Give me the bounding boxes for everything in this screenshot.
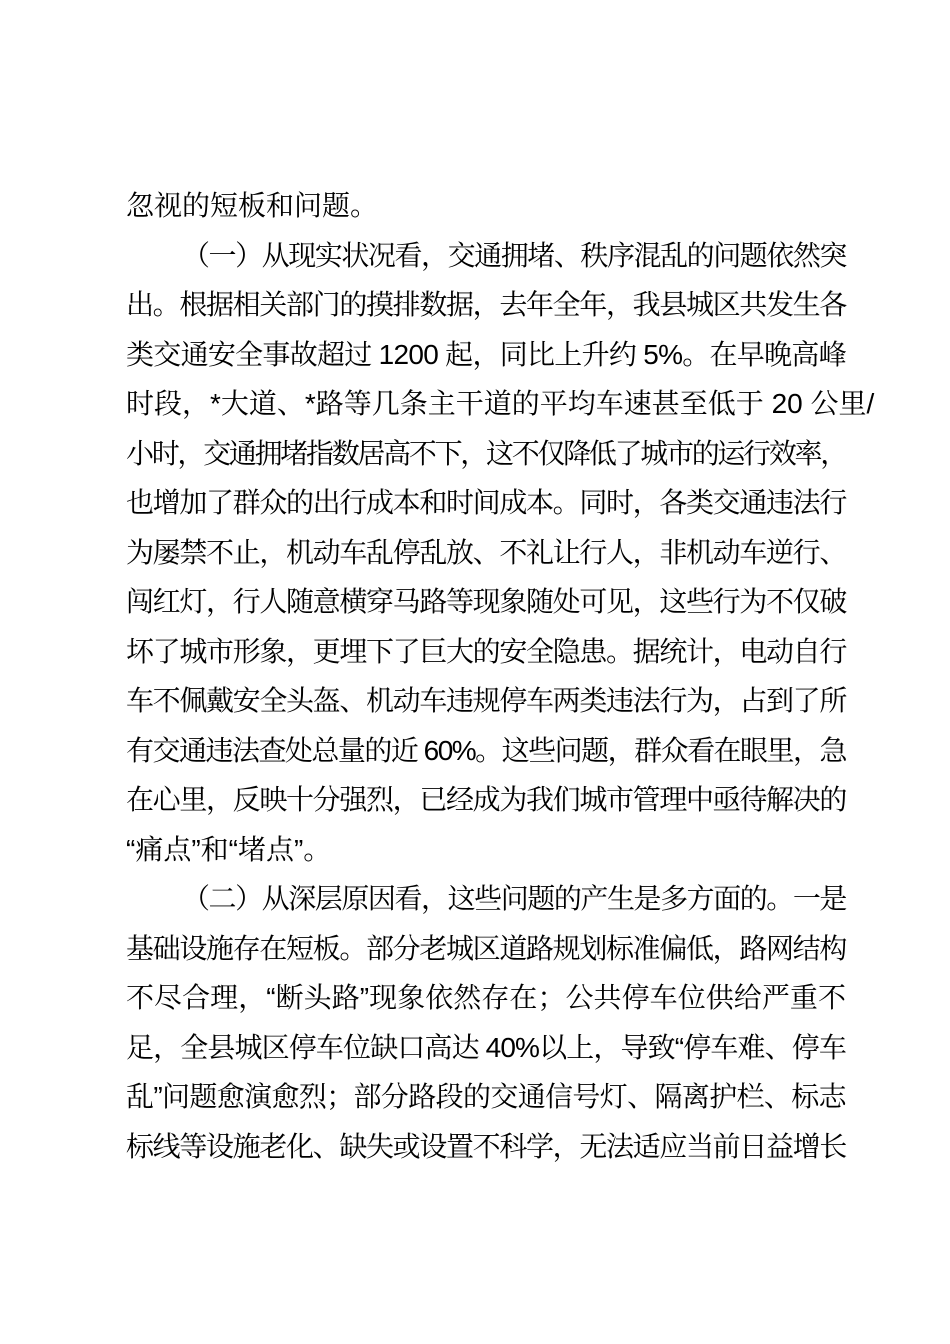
text-line: 足，全县城区停车位缺口高达 40%以上，导致“停车难、停车 [126,1023,846,1073]
text-line: 在心里，反映十分强烈，已经成为我们城市管理中亟待解决的 [126,775,846,825]
text-line: 乱”问题愈演愈烈；部分路段的交通信号灯、隔离护栏、标志 [126,1072,846,1122]
paragraph: （一）从现实状况看，交通拥堵、秩序混乱的问题依然突出。根据相关部门的摸排数据，去… [126,231,846,875]
text-line: 不尽合理，“断头路”现象依然存在；公共停车位供给严重不 [126,973,846,1023]
text-line: “痛点”和“堵点”。 [126,825,846,875]
text-line: 忽视的短板和问题。 [126,181,846,231]
text-line: （一）从现实状况看，交通拥堵、秩序混乱的问题依然突 [126,231,846,281]
text-line: 标线等设施老化、缺失或设置不科学，无法适应当前日益增长 [126,1122,846,1172]
document-body: 忽视的短板和问题。（一）从现实状况看，交通拥堵、秩序混乱的问题依然突出。根据相关… [126,181,846,1171]
text-line: 为屡禁不止，机动车乱停乱放、不礼让行人，非机动车逆行、 [126,528,846,578]
paragraph: （二）从深层原因看，这些问题的产生是多方面的。一是基础设施存在短板。部分老城区道… [126,874,846,1171]
text-line: 时段，*大道、*路等几条主干道的平均车速甚至低于 20 公里/ [126,379,846,429]
paragraph: 忽视的短板和问题。 [126,181,846,231]
text-line: 也增加了群众的出行成本和时间成本。同时，各类交通违法行 [126,478,846,528]
text-line: 出。根据相关部门的摸排数据，去年全年，我县城区共发生各 [126,280,846,330]
text-line: 基础设施存在短板。部分老城区道路规划标准偏低，路网结构 [126,924,846,974]
text-line: 小时，交通拥堵指数居高不下，这不仅降低了城市的运行效率， [126,429,846,479]
text-line: 有交通违法查处总量的近 60%。这些问题，群众看在眼里，急 [126,726,846,776]
text-line: 车不佩戴安全头盔、机动车违规停车两类违法行为，占到了所 [126,676,846,726]
text-line: （二）从深层原因看，这些问题的产生是多方面的。一是 [126,874,846,924]
text-line: 闯红灯，行人随意横穿马路等现象随处可见，这些行为不仅破 [126,577,846,627]
text-line: 坏了城市形象，更埋下了巨大的安全隐患。据统计，电动自行 [126,627,846,677]
text-line: 类交通安全事故超过 1200 起，同比上升约 5%。在早晚高峰 [126,330,846,380]
document-page: 忽视的短板和问题。（一）从现实状况看，交通拥堵、秩序混乱的问题依然突出。根据相关… [0,0,950,1344]
